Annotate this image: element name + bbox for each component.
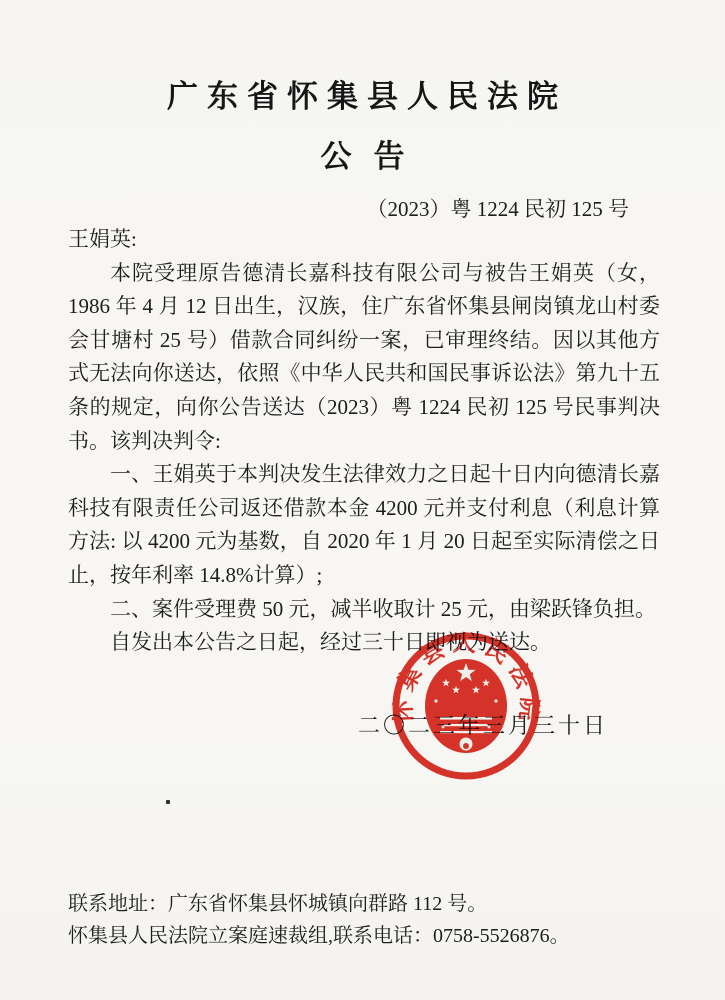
contact-phone: 怀集县人民法院立案庭速裁组,联系电话：0758-5526876。 — [68, 921, 570, 953]
paragraph: 自发出本公告之日起，经过三十日即视为送达。 — [68, 626, 660, 660]
court-seal: 怀集县人民法院 — [387, 630, 545, 784]
scan-ink-speck — [166, 800, 170, 804]
footer-contact-block: 联系地址：广东省怀集县怀城镇向群路 112 号。 怀集县人民法院立案庭速裁组,联… — [68, 889, 570, 952]
contact-address: 联系地址：广东省怀集县怀城镇向群路 112 号。 — [68, 889, 570, 921]
recipient-line: 王娟英: — [68, 223, 660, 257]
court-name-heading: 广东省怀集县人民法院 — [0, 71, 725, 116]
announcement-body: 王娟英: 本院受理原告德清长嘉科技有限公司与被告王娟英（女，1986 年 4 月… — [68, 223, 660, 660]
paragraph: 一、王娟英于本判决发生法律效力之日起十日内向德清长嘉科技有限责任公司返还借款本金… — [68, 458, 660, 592]
document-title: 公告 — [0, 131, 725, 176]
court-announcement-page: 广东省怀集县人民法院 公告 （2023）粤 1224 民初 125 号 王娟英:… — [0, 0, 725, 1000]
paragraph: 本院受理原告德清长嘉科技有限公司与被告王娟英（女，1986 年 4 月 12 日… — [68, 257, 660, 459]
national-emblem-icon — [425, 659, 507, 753]
paragraph: 二、案件受理费 50 元，减半收取计 25 元，由梁跃锋负担。 — [68, 593, 660, 627]
case-number: （2023）粤 1224 民初 125 号 — [367, 193, 630, 223]
